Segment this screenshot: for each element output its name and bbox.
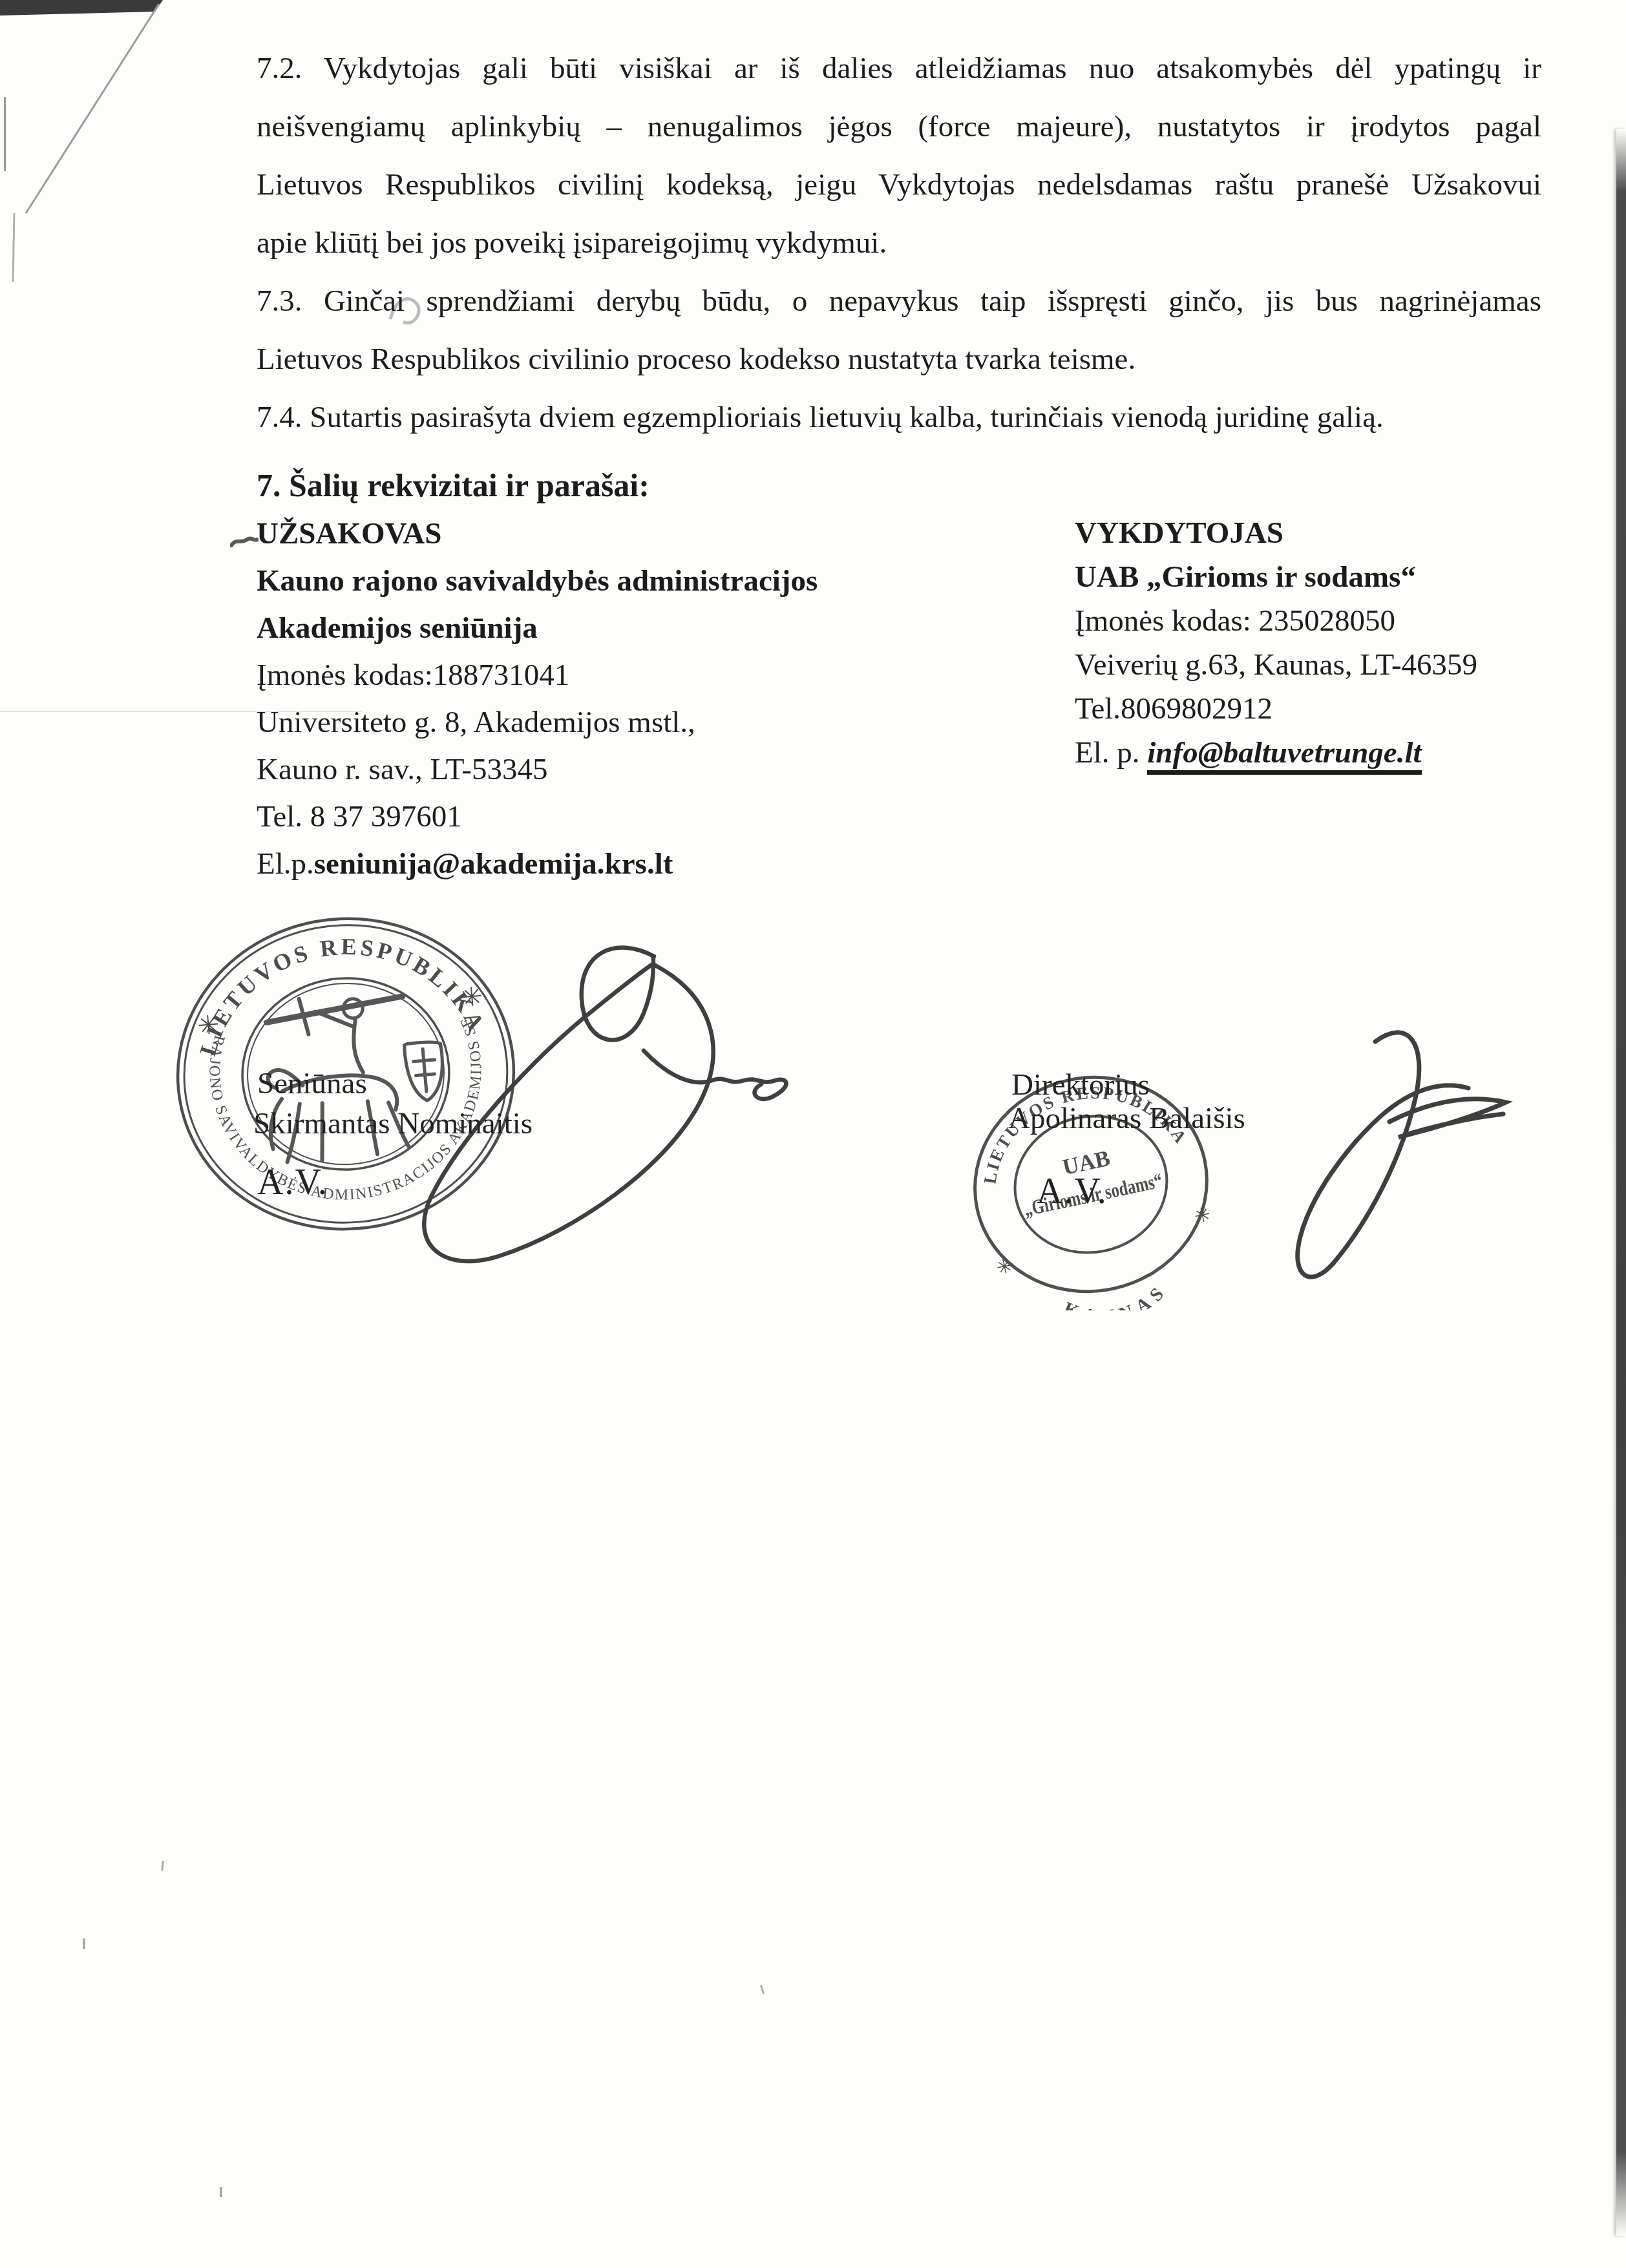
client-email-prefix: El.p. <box>257 847 314 881</box>
contractor-signature <box>1247 1008 1545 1305</box>
section-heading: 7. Šalių rekvizitai ir parašai: <box>257 467 649 504</box>
clause-7-2: 7.2. Vykdytojas gali būti visiškai ar iš… <box>257 39 1541 272</box>
client-company-code: Įmonės kodas:188731041 <box>257 652 1000 699</box>
scan-right-edge-band <box>1616 129 1626 2236</box>
clause-7-4: 7.4. Sutartis pasirašyta dviem egzemplio… <box>257 388 1541 446</box>
contractor-seal-ring-bottom-text: KAUNAS <box>1057 1277 1177 1310</box>
client-phone: Tel. 8 37 397601 <box>257 793 1000 841</box>
svg-text:KAUNAS: KAUNAS <box>1057 1277 1177 1310</box>
client-email-line: El.p.seniunija@akademija.krs.lt <box>257 841 1000 888</box>
contractor-phone: Tel.8069802912 <box>1075 687 1611 731</box>
client-org-line1: Kauno rajono savivaldybės administracijo… <box>257 558 1000 605</box>
client-heading: UŽSAKOVAS <box>257 510 1000 558</box>
contractor-email: info@baltuvetrunge.lt <box>1147 736 1421 775</box>
client-signature <box>362 918 801 1279</box>
client-seal-abbr: A.V. <box>257 1162 328 1203</box>
scan-left-edge-line <box>4 97 6 171</box>
contractor-org-line1: UAB „Girioms ir sodams“ <box>1075 555 1611 599</box>
contractor-seal-star-left-icon: ✳ <box>995 1254 1015 1279</box>
client-signer-role: Seniūnas <box>257 1066 367 1101</box>
contractor-signer-name: Apolinaras Balaišis <box>1008 1101 1245 1136</box>
scanned-contract-page: 7.2. Vykdytojas gali būti visiškai ar iš… <box>0 0 1626 2268</box>
scan-ink-mark <box>230 534 259 551</box>
client-signer-name: Skirmantas Nominaitis <box>253 1106 533 1141</box>
contractor-seal-abbr: A.V. <box>1037 1171 1108 1212</box>
client-address-line1: Universiteto g. 8, Akademijos mstl., <box>257 699 1000 746</box>
client-org-line2: Akademijos seniūnija <box>257 605 1000 652</box>
client-address-line2: Kauno r. sav., LT-53345 <box>257 746 1000 793</box>
scan-speck <box>161 1861 164 1871</box>
client-seal-star-left-icon: ✳ <box>196 1010 220 1042</box>
contractor-details-block: VYKDYTOJAS UAB „Girioms ir sodams“ Įmonė… <box>1075 511 1611 775</box>
contract-clauses: 7.2. Vykdytojas gali būti visiškai ar iš… <box>257 39 1541 446</box>
contractor-company-code: Įmonės kodas: 235028050 <box>1075 599 1611 643</box>
scan-speck <box>83 1938 85 1949</box>
contractor-email-line: El. p. info@baltuvetrunge.lt <box>1075 731 1611 775</box>
contractor-heading: VYKDYTOJAS <box>1075 511 1611 555</box>
clause-7-3: 7.3. Ginčai sprendžiami derybų būdu, o n… <box>257 272 1541 388</box>
contractor-email-prefix: El. p. <box>1075 736 1147 770</box>
contractor-signer-role: Direktorius <box>1011 1067 1150 1102</box>
client-details-block: UŽSAKOVAS Kauno rajono savivaldybės admi… <box>257 510 1000 888</box>
scan-speck <box>220 2187 222 2197</box>
client-email: seniunija@akademija.krs.lt <box>314 847 673 881</box>
contractor-address-line1: Veiverių g.63, Kaunas, LT-46359 <box>1075 643 1611 687</box>
scan-speck <box>760 1985 765 1994</box>
